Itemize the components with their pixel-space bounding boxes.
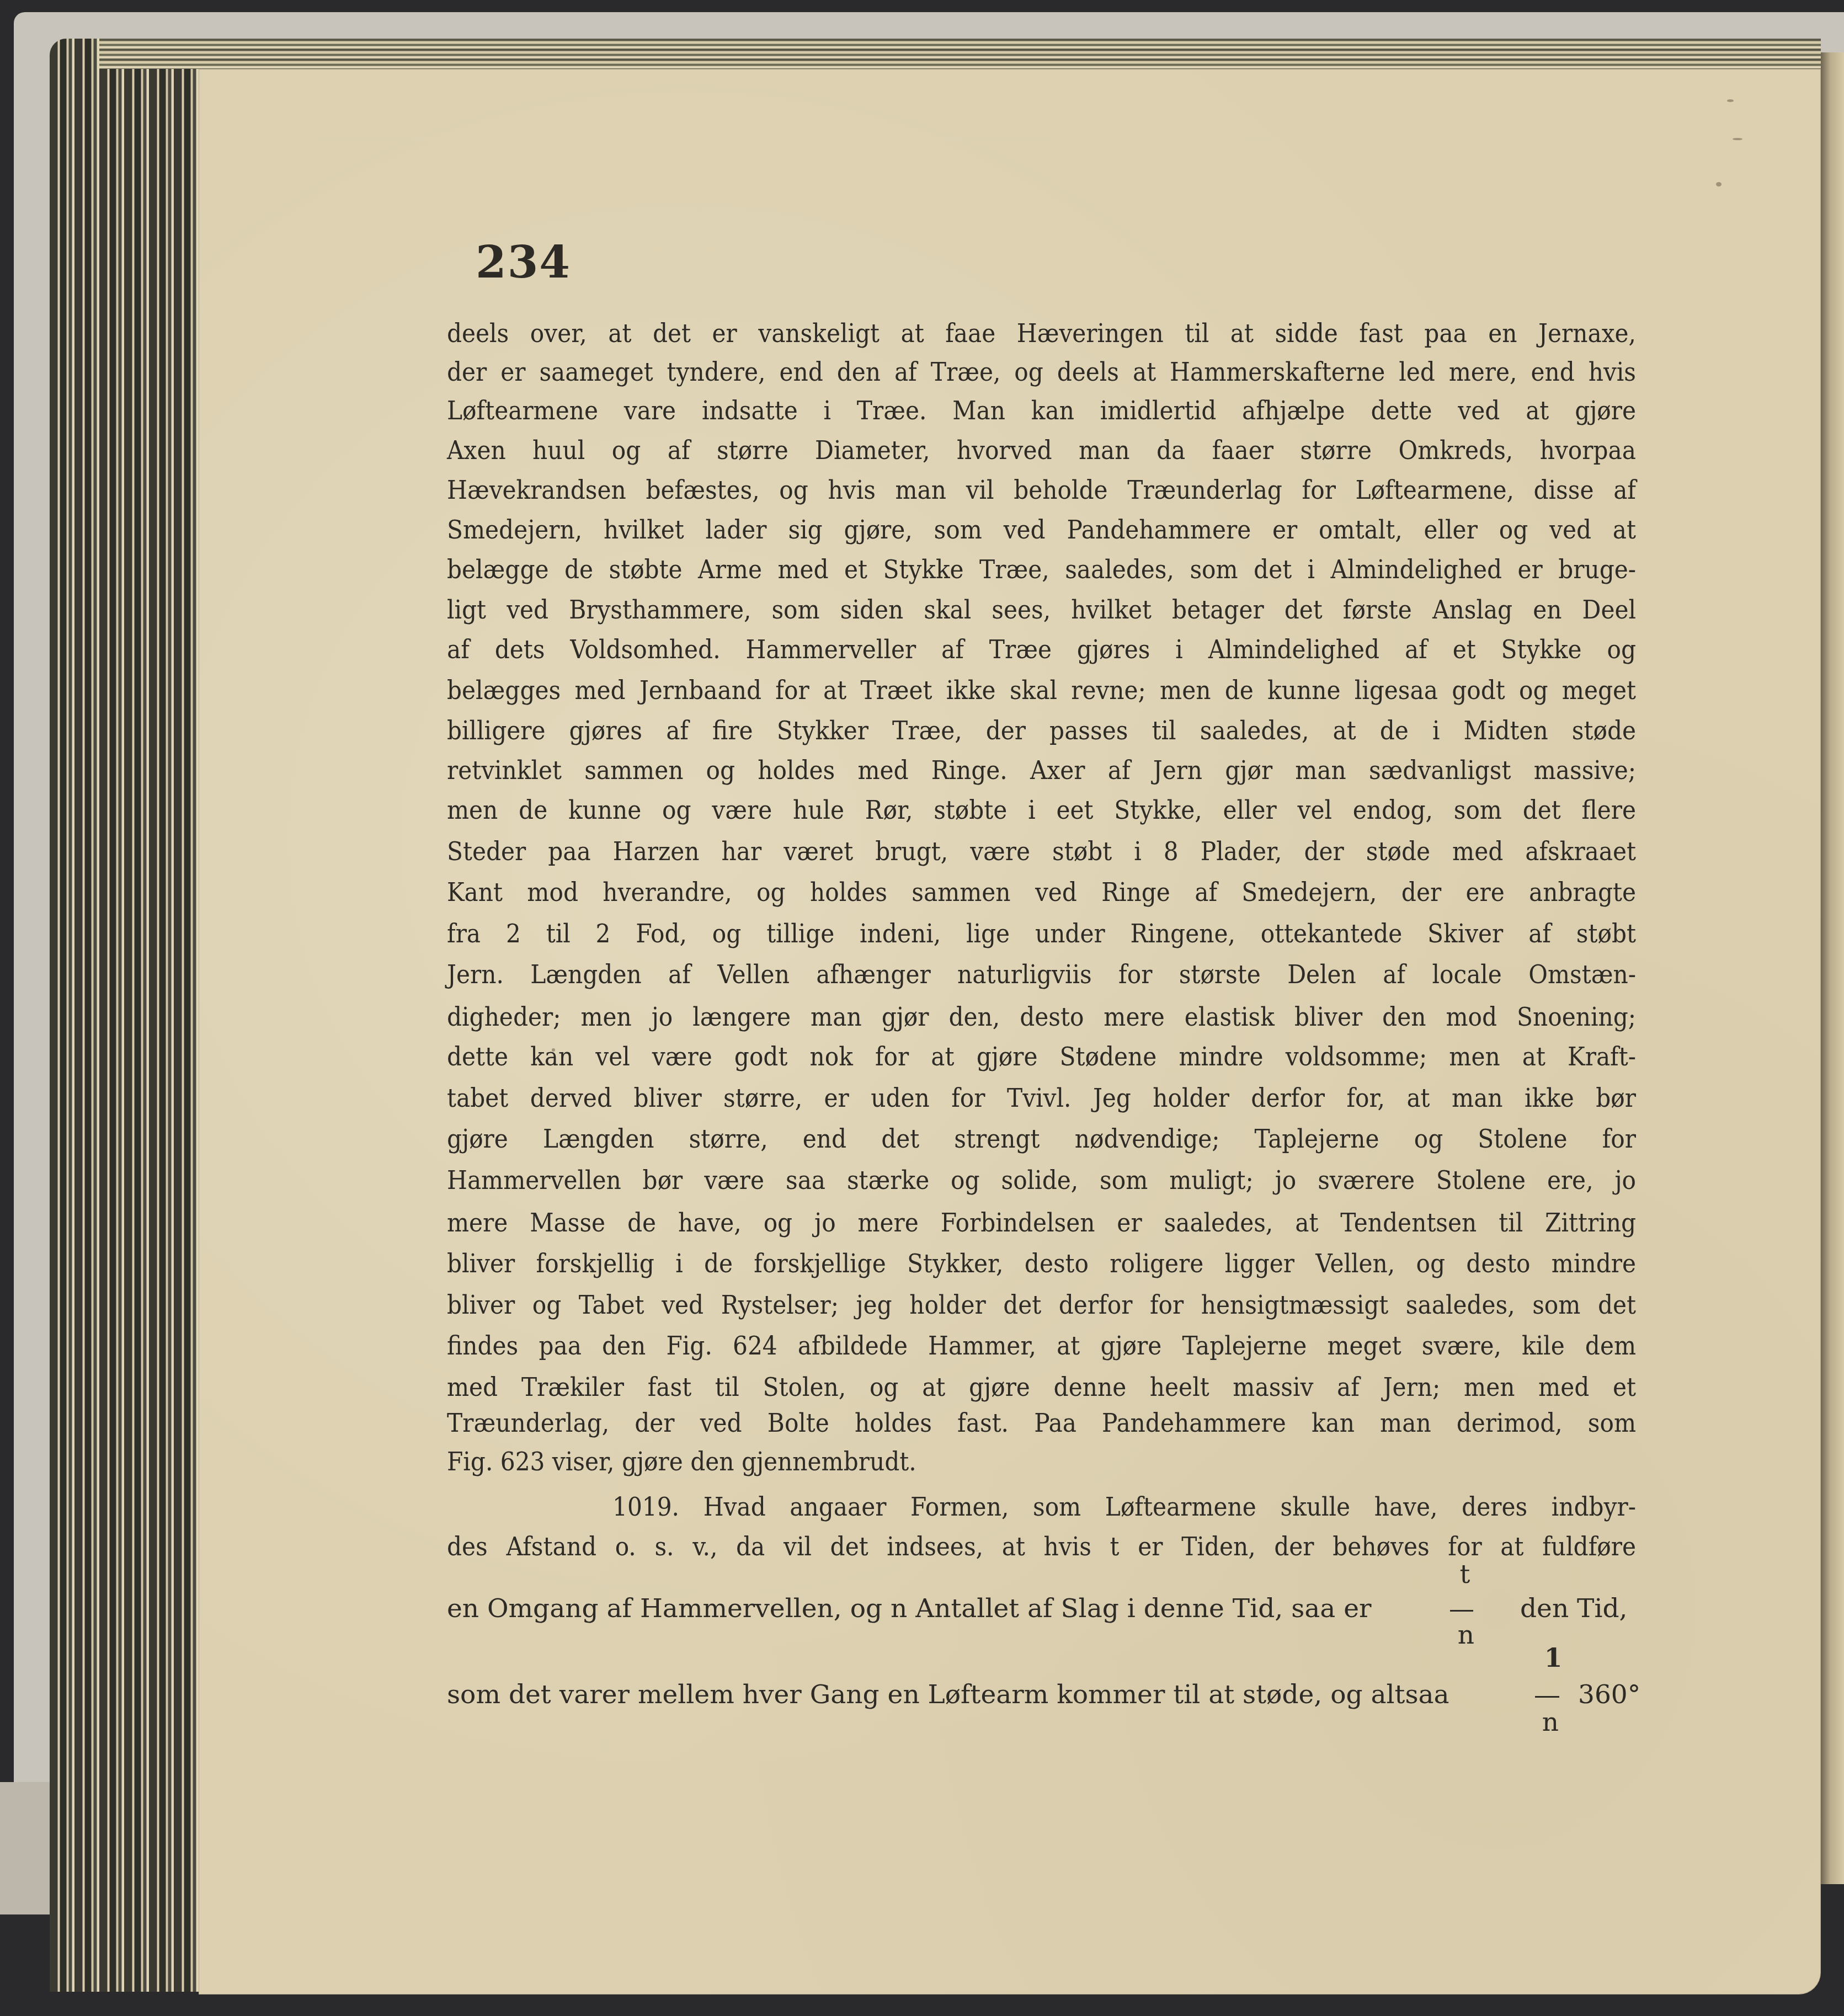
text-line: tabet derved bliver større, er uden for … bbox=[447, 1082, 1636, 1115]
text-line: af dets Voldsomhed. Hammerveller af Træe… bbox=[447, 633, 1636, 666]
paper-speck bbox=[1727, 99, 1734, 102]
text-line: Axen huul og af større Diameter, hvorved… bbox=[447, 434, 1636, 467]
text-line: belægges med Jernbaand for at Træet ikke… bbox=[447, 674, 1636, 707]
text-line: Smedejern, hvilket lader sig gjøre, som … bbox=[447, 514, 1636, 547]
fraction-denominator: n bbox=[1537, 1707, 1564, 1737]
text-line: retvinklet sammen og holdes med Ringe. A… bbox=[447, 754, 1636, 787]
text-line: dette kan vel være godt nok for at gjøre… bbox=[447, 1041, 1636, 1074]
text-line: Steder paa Harzen har været brugt, være … bbox=[447, 835, 1636, 868]
text-line: men de kunne og være hule Rør, støbte i … bbox=[447, 794, 1636, 827]
text-segment: en Omgang af Hammervellen, og n Antallet… bbox=[447, 1593, 1372, 1624]
text-line: Løftearmene vare indsatte i Træe. Man ka… bbox=[447, 394, 1636, 428]
text-line: fra 2 til 2 Fod, og tillige indeni, lige… bbox=[447, 918, 1636, 951]
text-line: Fig. 623 viser, gjøre den gjennembrudt. bbox=[447, 1446, 1636, 1479]
paragraph-1019-fraction-line: som det varer mellem hver Gang en Løftea… bbox=[447, 1679, 1636, 1713]
fraction-denominator: n bbox=[1452, 1620, 1480, 1650]
text-line: bliver og Tabet ved Rystelser; jeg holde… bbox=[447, 1289, 1636, 1322]
text-line: med Trækiler fast til Stolen, og at gjør… bbox=[447, 1371, 1636, 1404]
text-segment: den Tid, bbox=[1520, 1593, 1628, 1624]
text-line: Hammervellen bør være saa stærke og soli… bbox=[447, 1164, 1636, 1197]
text-line: Hævekrandsen befæstes, og hvis man vil b… bbox=[447, 474, 1636, 507]
text-line: Jern. Længden af Vellen afhænger naturli… bbox=[447, 958, 1636, 991]
page-edges-top bbox=[99, 39, 1821, 69]
text-line: bliver forskjellig i de forskjellige Sty… bbox=[447, 1247, 1636, 1281]
page-edges-left bbox=[50, 39, 199, 1992]
fraction-numerator: t bbox=[1451, 1559, 1479, 1590]
text-line: digheder; men jo længere man gjør den, d… bbox=[447, 1001, 1636, 1034]
text-line: findes paa den Fig. 624 afbildede Hammer… bbox=[447, 1330, 1636, 1363]
text-line: belægge de støbte Arme med et Stykke Træ… bbox=[447, 553, 1636, 586]
paper-speck bbox=[1716, 182, 1722, 186]
text-line: Kant mod hverandre, og holdes sammen ved… bbox=[447, 876, 1636, 909]
fraction-numerator: 1 bbox=[1539, 1643, 1567, 1673]
fraction-bar bbox=[1450, 1610, 1473, 1612]
text-line: Træunderlag, der ved Bolte holdes fast. … bbox=[447, 1407, 1636, 1440]
text-line: gjøre Længden større, end det strengt nø… bbox=[447, 1123, 1636, 1156]
page-number: 234 bbox=[476, 236, 571, 288]
text-segment: 360° bbox=[1578, 1679, 1640, 1710]
paragraph-1019-fraction-line: en Omgang af Hammervellen, og n Antallet… bbox=[447, 1593, 1636, 1626]
text-line: ligt ved Brysthammere, som siden skal se… bbox=[447, 594, 1636, 627]
book-gutter bbox=[1821, 52, 1844, 1884]
text-line: der er saameget tyndere, end den af Træe… bbox=[447, 356, 1636, 389]
fraction-bar bbox=[1535, 1696, 1559, 1698]
text-segment: som det varer mellem hver Gang en Løftea… bbox=[447, 1679, 1449, 1710]
paragraph-1019-line: des Afstand o. s. v., da vil det indsees… bbox=[447, 1530, 1636, 1564]
paper-speck bbox=[552, 1048, 555, 1052]
text-line: billigere gjøres af fire Stykker Træe, d… bbox=[447, 714, 1636, 748]
text-line: deels over, at det er vanskeligt at faae… bbox=[447, 317, 1636, 350]
paper-speck bbox=[1733, 138, 1742, 140]
paragraph-1019-line: 1019. Hvad angaaer Formen, som Løftearme… bbox=[612, 1491, 1636, 1524]
text-line: mere Masse de have, og jo mere Forbindel… bbox=[447, 1207, 1636, 1240]
